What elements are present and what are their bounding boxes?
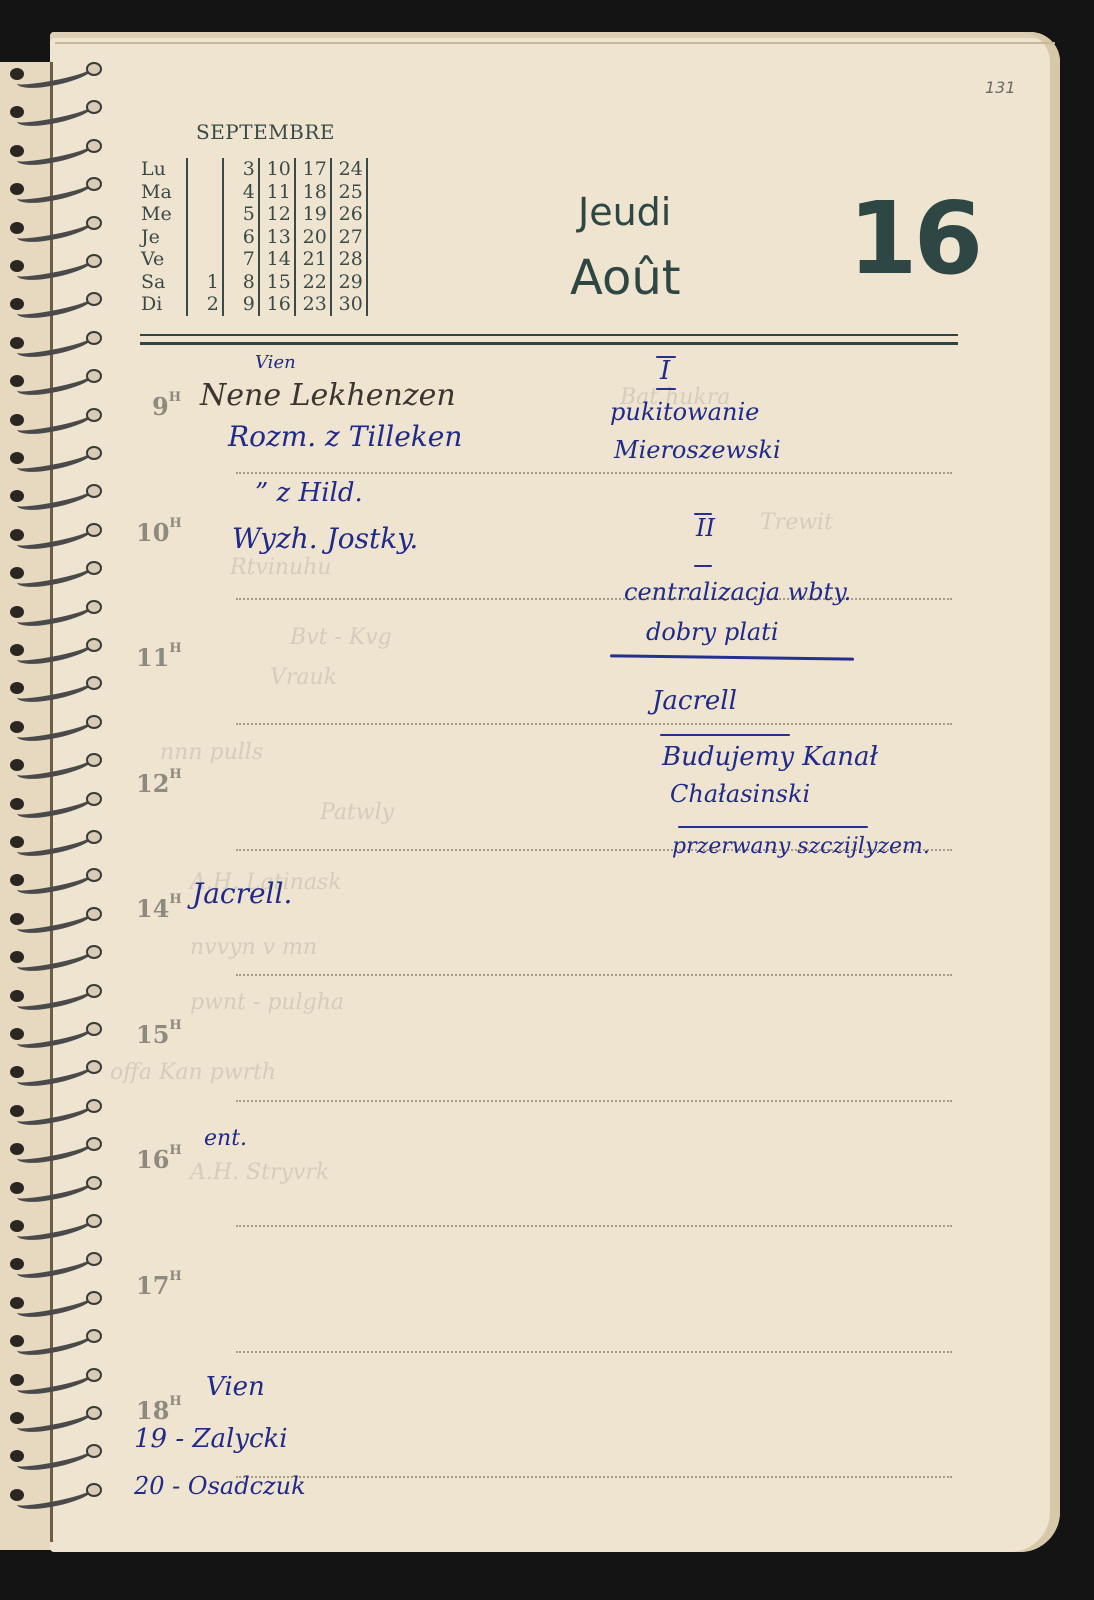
calendar-date: 30 <box>331 293 367 316</box>
page-hole <box>86 868 102 882</box>
calendar-date: 24 <box>331 158 367 181</box>
mini-calendar-row: Lu3101724 <box>138 158 367 181</box>
calendar-date: 29 <box>331 271 367 294</box>
page-hole <box>86 561 102 575</box>
page-hole <box>86 1022 102 1036</box>
page-hole <box>86 1444 102 1458</box>
day-number: 16 <box>848 180 979 297</box>
page-stack-edge <box>55 36 1055 44</box>
spiral-coil <box>10 331 100 353</box>
hour-label: 18H <box>136 1396 182 1425</box>
handwritten-note: Rozm. z Tilleken <box>228 420 462 453</box>
calendar-date: 10 <box>259 158 295 181</box>
ink-underline <box>678 826 868 828</box>
spiral-coil <box>10 62 100 84</box>
calendar-date: 23 <box>295 293 331 316</box>
handwritten-note: Budujemy Kanał <box>662 742 878 772</box>
page-hole <box>86 638 102 652</box>
weekday-abbrev: Me <box>138 203 187 226</box>
calendar-date: 16 <box>259 293 295 316</box>
hour-suffix: H <box>169 1018 181 1033</box>
spiral-coil <box>10 1444 100 1466</box>
calendar-date: 12 <box>259 203 295 226</box>
handwritten-note: 19 - Zalycki <box>134 1424 288 1454</box>
calendar-date: 4 <box>223 181 259 204</box>
spiral-coil <box>10 292 100 314</box>
handwritten-note: dobry plati <box>646 618 779 646</box>
spiral-coil <box>10 984 100 1006</box>
page-hole <box>86 753 102 767</box>
mini-calendar-row: Ve7142128 <box>138 248 367 271</box>
mini-calendar-row: Me5121926 <box>138 203 367 226</box>
hour-number: 12 <box>136 769 169 798</box>
spiral-coil <box>10 446 100 468</box>
page-hole <box>86 1329 102 1343</box>
hour-label: 11H <box>136 643 182 672</box>
page-hole <box>86 177 102 191</box>
handwritten-note: Vien <box>255 352 296 373</box>
hour-label: 15H <box>136 1020 182 1049</box>
hour-label: 9H <box>152 392 181 421</box>
handwritten-note: Wyzh. Jostky. <box>232 522 418 555</box>
spiral-coil <box>10 561 100 583</box>
folio-number: 131 <box>985 78 1016 97</box>
ink-underline <box>660 734 790 736</box>
header-rule-top <box>140 334 958 336</box>
calendar-date: 22 <box>295 271 331 294</box>
ghost-writing: Bvt - Kvg <box>290 625 392 650</box>
hour-label: 12H <box>136 769 182 798</box>
spiral-coil <box>10 1252 100 1274</box>
weekday-abbrev: Je <box>138 226 187 249</box>
hour-label: 14H <box>136 894 182 923</box>
weekday-abbrev: Lu <box>138 158 187 181</box>
spiral-coil <box>10 792 100 814</box>
page-hole <box>86 408 102 422</box>
page-hole <box>86 292 102 306</box>
spiral-coil <box>10 907 100 929</box>
page-hole <box>86 484 102 498</box>
spiral-coil <box>10 1022 100 1044</box>
page-hole <box>86 945 102 959</box>
calendar-date: 14 <box>259 248 295 271</box>
calendar-date: 11 <box>259 181 295 204</box>
hour-suffix: H <box>169 1394 181 1409</box>
calendar-date: 19 <box>295 203 331 226</box>
calendar-date <box>187 226 223 249</box>
hour-number: 10 <box>136 518 169 547</box>
page-hole <box>86 523 102 537</box>
page-hole <box>86 600 102 614</box>
hour-suffix: H <box>169 767 181 782</box>
calendar-date: 28 <box>331 248 367 271</box>
spiral-coil <box>10 1483 100 1505</box>
page-hole <box>86 1483 102 1497</box>
weekday-abbrev: Sa <box>138 271 187 294</box>
page-hole <box>86 984 102 998</box>
handwritten-note: Mieroszewski <box>614 436 781 464</box>
spiral-coil <box>10 1329 100 1351</box>
calendar-date: 20 <box>295 226 331 249</box>
hour-label: 17H <box>136 1271 182 1300</box>
page-hole <box>86 792 102 806</box>
spiral-coil <box>10 676 100 698</box>
hour-number: 17 <box>136 1271 169 1300</box>
hour-suffix: H <box>169 1143 181 1158</box>
mini-calendar-row: Ma4111825 <box>138 181 367 204</box>
hour-suffix: H <box>169 892 181 907</box>
hour-number: 18 <box>136 1396 169 1425</box>
handwritten-heading: I <box>660 356 670 386</box>
spiral-coil <box>10 484 100 506</box>
calendar-date: 17 <box>295 158 331 181</box>
spiral-coil <box>10 216 100 238</box>
page-hole <box>86 331 102 345</box>
page-hole <box>86 62 102 76</box>
page-hole <box>86 254 102 268</box>
page-hole <box>86 1406 102 1420</box>
hour-number: 14 <box>136 894 169 923</box>
hour-label: 10H <box>136 518 182 547</box>
calendar-date: 18 <box>295 181 331 204</box>
ghost-writing: pwnt - pulgha <box>190 990 344 1015</box>
writing-line <box>236 472 952 474</box>
writing-line <box>236 1351 952 1353</box>
spiral-coil <box>10 830 100 852</box>
calendar-date: 15 <box>259 271 295 294</box>
weekday-label: Jeudi <box>578 190 671 234</box>
hour-number: 15 <box>136 1020 169 1049</box>
spiral-coil <box>10 1099 100 1121</box>
mini-calendar-grid: Lu3101724Ma4111825Me5121926Je6132027Ve71… <box>138 158 368 316</box>
handwritten-note: Vien <box>206 1372 265 1402</box>
page-hole <box>86 907 102 921</box>
calendar-date: 2 <box>187 293 223 316</box>
handwritten-note: ent. <box>204 1126 247 1151</box>
calendar-date: 27 <box>331 226 367 249</box>
page-hole <box>86 1099 102 1113</box>
spiral-coil <box>10 1176 100 1198</box>
calendar-date: 25 <box>331 181 367 204</box>
spiral-coil <box>10 369 100 391</box>
mini-calendar-row: Di29162330 <box>138 293 367 316</box>
page-hole <box>86 100 102 114</box>
calendar-date: 9 <box>223 293 259 316</box>
spiral-coil <box>10 1214 100 1236</box>
spiral-coil <box>10 715 100 737</box>
ghost-writing: offa Kan pwrth <box>110 1060 276 1085</box>
calendar-date <box>187 158 223 181</box>
mini-calendar-month: SEPTEMBRE <box>196 120 335 144</box>
ink-underline <box>694 565 712 567</box>
writing-line <box>236 1100 952 1102</box>
spiral-coil <box>10 600 100 622</box>
spiral-coil <box>10 408 100 430</box>
hour-number: 11 <box>136 643 169 672</box>
page-hole <box>86 1291 102 1305</box>
calendar-date <box>187 203 223 226</box>
page-hole <box>86 676 102 690</box>
mini-calendar-row: Sa18152229 <box>138 271 367 294</box>
page-hole <box>86 1137 102 1151</box>
ghost-writing: nnn pulls <box>160 740 263 765</box>
spiral-coil <box>10 1137 100 1159</box>
calendar-date: 6 <box>223 226 259 249</box>
writing-line <box>236 723 952 725</box>
calendar-date: 3 <box>223 158 259 181</box>
spiral-coil <box>10 177 100 199</box>
ghost-writing: nvvyn v mn <box>190 935 317 960</box>
hour-suffix: H <box>169 390 181 405</box>
hour-label: 16H <box>136 1145 182 1174</box>
page-hole <box>86 1214 102 1228</box>
ghost-writing: Vrauk <box>270 665 337 690</box>
page-hole <box>86 830 102 844</box>
spiral-coil <box>10 100 100 122</box>
spiral-coil <box>10 868 100 890</box>
page-hole <box>86 446 102 460</box>
ink-underline <box>656 388 676 390</box>
ghost-writing: A.H. Stryvrk <box>190 1160 329 1185</box>
ghost-writing: Trewit <box>760 510 833 535</box>
handwritten-note: ” z Hild. <box>255 478 363 508</box>
calendar-date: 7 <box>223 248 259 271</box>
calendar-date: 13 <box>259 226 295 249</box>
page-hole <box>86 216 102 230</box>
header-rule-bottom <box>140 342 958 345</box>
hour-suffix: H <box>169 516 181 531</box>
page-hole <box>86 369 102 383</box>
calendar-date: 8 <box>223 271 259 294</box>
page-hole <box>86 1060 102 1074</box>
spiral-coil <box>10 638 100 660</box>
calendar-date <box>187 248 223 271</box>
month-label: Août <box>570 250 681 306</box>
calendar-date <box>187 181 223 204</box>
spiral-coil <box>10 139 100 161</box>
writing-line <box>236 1225 952 1227</box>
handwritten-heading: II <box>696 514 715 542</box>
hour-number: 9 <box>152 392 169 421</box>
spiral-coil <box>10 753 100 775</box>
calendar-date: 21 <box>295 248 331 271</box>
spiral-coil <box>10 1406 100 1428</box>
ghost-writing: Patwly <box>320 800 394 825</box>
handwritten-note: Jacrell <box>652 686 737 716</box>
weekday-abbrev: Ve <box>138 248 187 271</box>
calendar-date: 5 <box>223 203 259 226</box>
hour-suffix: H <box>169 1269 181 1284</box>
page-hole <box>86 1368 102 1382</box>
mini-calendar-row: Je6132027 <box>138 226 367 249</box>
handwritten-note: Nene Lekhenzen <box>200 378 456 413</box>
writing-line <box>236 974 952 976</box>
spiral-coil <box>10 1060 100 1082</box>
writing-line <box>236 1476 952 1478</box>
ghost-writing: Rtvinuhu <box>230 555 332 580</box>
handwritten-note: Chałasinski <box>670 780 810 808</box>
spiral-coil <box>10 1368 100 1390</box>
handwritten-note: 20 - Osadczuk <box>134 1472 306 1500</box>
spiral-coil <box>10 523 100 545</box>
calendar-date: 26 <box>331 203 367 226</box>
handwritten-note: pukitowanie <box>610 398 759 426</box>
weekday-abbrev: Di <box>138 293 187 316</box>
spiral-coil <box>10 254 100 276</box>
handwritten-note: centralizacja wbty. <box>624 578 851 606</box>
handwritten-note: Jacrell. <box>192 877 292 910</box>
page-hole <box>86 1252 102 1266</box>
hour-number: 16 <box>136 1145 169 1174</box>
weekday-abbrev: Ma <box>138 181 187 204</box>
spiral-coil <box>10 945 100 967</box>
page-hole <box>86 715 102 729</box>
hour-suffix: H <box>169 641 181 656</box>
handwritten-note: przerwany szczijlyzem. <box>672 834 930 859</box>
spiral-coil <box>10 1291 100 1313</box>
page-hole <box>86 1176 102 1190</box>
calendar-date: 1 <box>187 271 223 294</box>
page-hole <box>86 139 102 153</box>
